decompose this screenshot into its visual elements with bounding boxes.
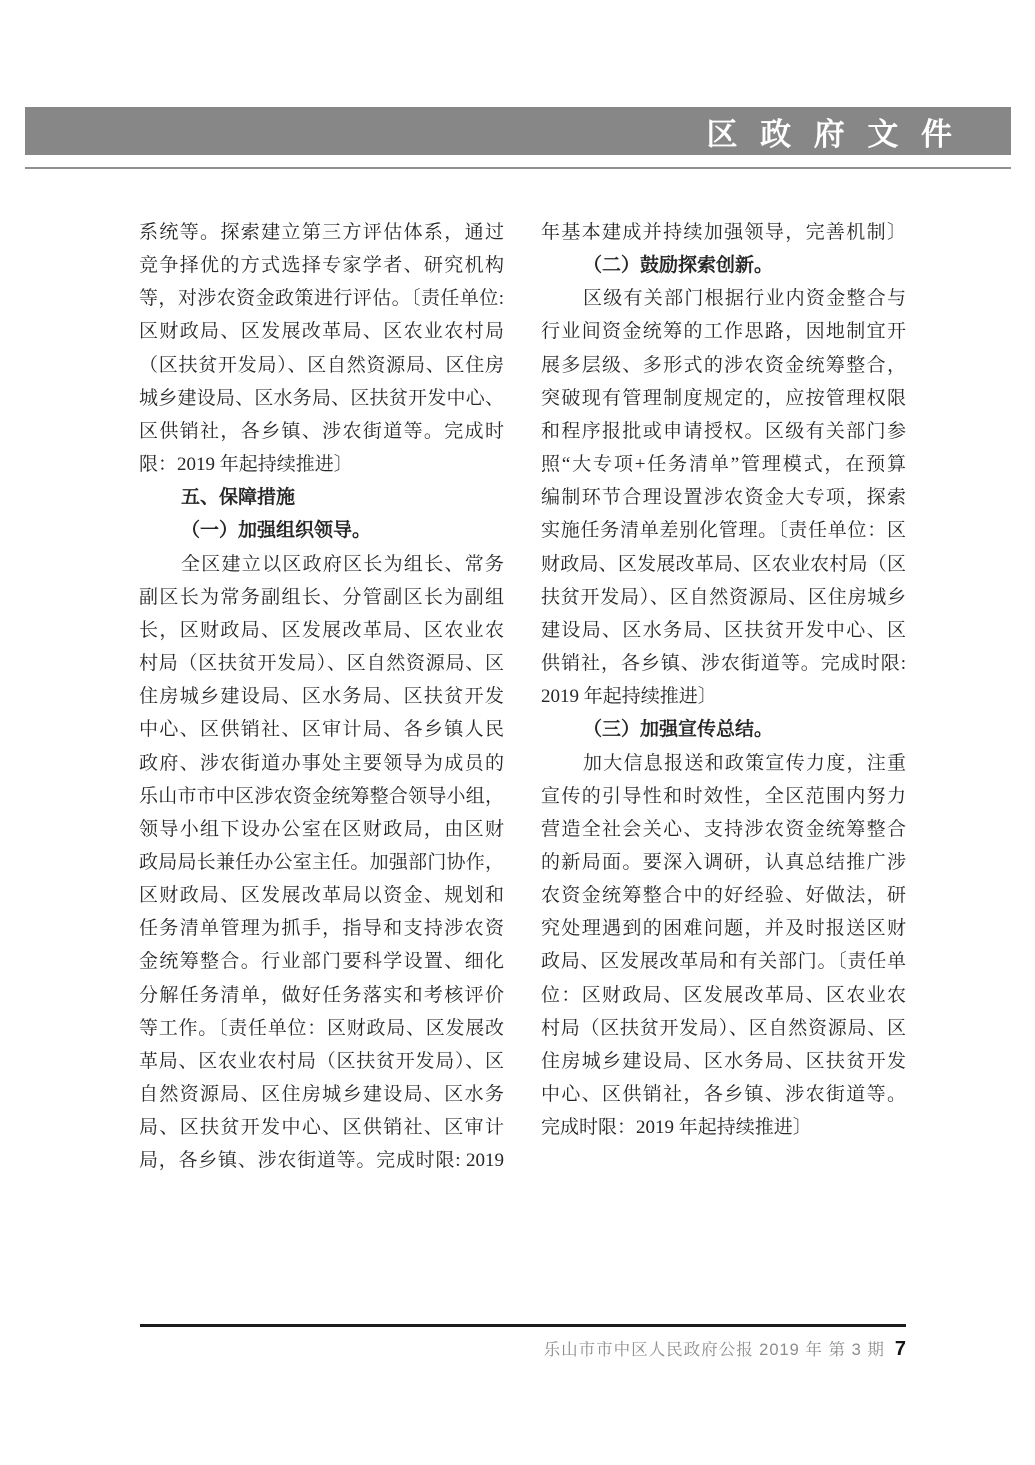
text-line: 位：区财政局、区发展改革局、区农业农	[541, 979, 906, 1012]
text-line: 住房城乡建设局、区水务局、区扶贫开发	[541, 1045, 906, 1078]
text-line: 供销社，各乡镇、涉农街道等。完成时限:	[541, 647, 906, 680]
text-line: 城乡建设局、区水务局、区扶贫开发中心、	[139, 382, 504, 415]
text-line: 局，各乡镇、涉农街道等。完成时限: 2019	[139, 1144, 504, 1177]
text-line: 乐山市市中区涉农资金统筹整合领导小组，	[139, 780, 504, 813]
text-line: 和程序报批或申请授权。区级有关部门参	[541, 415, 906, 448]
text-line: 分解任务清单，做好任务落实和考核评价	[139, 979, 504, 1012]
text-line: 竞争择优的方式选择专家学者、研究机构	[139, 249, 504, 282]
text-line: 任务清单管理为抓手，指导和支持涉农资	[139, 912, 504, 945]
left-text-column: 系统等。探索建立第三方评估体系，通过竞争择优的方式选择专家学者、研究机构等，对涉…	[139, 216, 504, 1178]
text-line: （二）鼓励探索创新。	[541, 249, 906, 282]
text-line: 领导小组下设办公室在区财政局，由区财	[139, 813, 504, 846]
text-line: 年基本建成并持续加强领导，完善机制〕	[541, 216, 906, 249]
text-line: 营造全社会关心、支持涉农资金统筹整合	[541, 813, 906, 846]
text-line: 扶贫开发局）、区自然资源局、区住房城乡	[541, 581, 906, 614]
text-line: 农资金统筹整合中的好经验、好做法，研	[541, 879, 906, 912]
text-line: 宣传的引导性和时效性，全区范围内努力	[541, 780, 906, 813]
text-line: 等工作。〔责任单位：区财政局、区发展改	[139, 1012, 504, 1045]
text-line: 政局局长兼任办公室主任。加强部门协作，	[139, 846, 504, 879]
text-line: 自然资源局、区住房城乡建设局、区水务	[139, 1078, 504, 1111]
text-line: 中心、区供销社，各乡镇、涉农街道等。	[541, 1078, 906, 1111]
text-line: 区级有关部门根据行业内资金整合与	[541, 282, 906, 315]
text-line: 编制环节合理设置涉农资金大专项，探索	[541, 481, 906, 514]
text-line: 限：2019 年起持续推进〕	[139, 448, 504, 481]
text-line: 系统等。探索建立第三方评估体系，通过	[139, 216, 504, 249]
text-line: 局、区扶贫开发中心、区供销社、区审计	[139, 1111, 504, 1144]
text-line: 建设局、区水务局、区扶贫开发中心、区	[541, 614, 906, 647]
text-line: 的新局面。要深入调研，认真总结推广涉	[541, 846, 906, 879]
text-line: 财政局、区发展改革局、区农业农村局（区	[541, 548, 906, 581]
header-divider	[25, 167, 1011, 169]
text-line: 住房城乡建设局、区水务局、区扶贫开发	[139, 680, 504, 713]
text-line: （区扶贫开发局）、区自然资源局、区住房	[139, 349, 504, 382]
text-line: 全区建立以区政府区长为组长、常务	[139, 548, 504, 581]
text-line: 金统筹整合。行业部门要科学设置、细化	[139, 945, 504, 978]
text-line: 照“大专项+任务清单”管理模式，在预算	[541, 448, 906, 481]
text-line: 究处理遇到的困难问题，并及时报送区财	[541, 912, 906, 945]
text-line: 政府、涉农街道办事处主要领导为成员的	[139, 747, 504, 780]
page-title: 区 政 府 文 件	[707, 109, 959, 154]
text-line: 完成时限：2019 年起持续推进〕	[541, 1111, 906, 1144]
text-line: 区财政局、区发展改革局、区农业农村局	[139, 315, 504, 348]
footer-page-number: 7	[895, 1338, 906, 1361]
footer-journal-title: 乐山市市中区人民政府公报 2019 年 第 3 期	[544, 1336, 885, 1360]
text-line: 加大信息报送和政策宣传力度，注重	[541, 747, 906, 780]
text-line: 村局（区扶贫开发局）、区自然资源局、区	[139, 647, 504, 680]
text-line: 展多层级、多形式的涉农资金统筹整合，	[541, 349, 906, 382]
text-line: 革局、区农业农村局（区扶贫开发局）、区	[139, 1045, 504, 1078]
text-line: 长，区财政局、区发展改革局、区农业农	[139, 614, 504, 647]
header-banner: 区 政 府 文 件	[25, 107, 1011, 155]
text-line: 五、保障措施	[139, 481, 504, 514]
text-line: 突破现有管理制度规定的，应按管理权限	[541, 382, 906, 415]
text-line: 副区长为常务副组长、分管副区长为副组	[139, 581, 504, 614]
text-line: 行业间资金统筹的工作思路，因地制宜开	[541, 315, 906, 348]
text-line: 政局、区发展改革局和有关部门。〔责任单	[541, 945, 906, 978]
text-line: 中心、区供销社、区审计局、各乡镇人民	[139, 713, 504, 746]
right-text-column: 年基本建成并持续加强领导，完善机制〕（二）鼓励探索创新。区级有关部门根据行业内资…	[541, 216, 906, 1144]
text-line: 区供销社，各乡镇、涉农街道等。完成时	[139, 415, 504, 448]
text-line: （一）加强组织领导。	[139, 514, 504, 547]
text-line: 等，对涉农资金政策进行评估。〔责任单位:	[139, 282, 504, 315]
text-line: 实施任务清单差别化管理。〔责任单位：区	[541, 514, 906, 547]
footer-divider	[140, 1324, 906, 1327]
footer: 乐山市市中区人民政府公报 2019 年 第 3 期 7	[140, 1336, 906, 1361]
text-line: 村局（区扶贫开发局）、区自然资源局、区	[541, 1012, 906, 1045]
text-line: （三）加强宣传总结。	[541, 713, 906, 746]
text-line: 区财政局、区发展改革局以资金、规划和	[139, 879, 504, 912]
text-line: 2019 年起持续推进〕	[541, 680, 906, 713]
